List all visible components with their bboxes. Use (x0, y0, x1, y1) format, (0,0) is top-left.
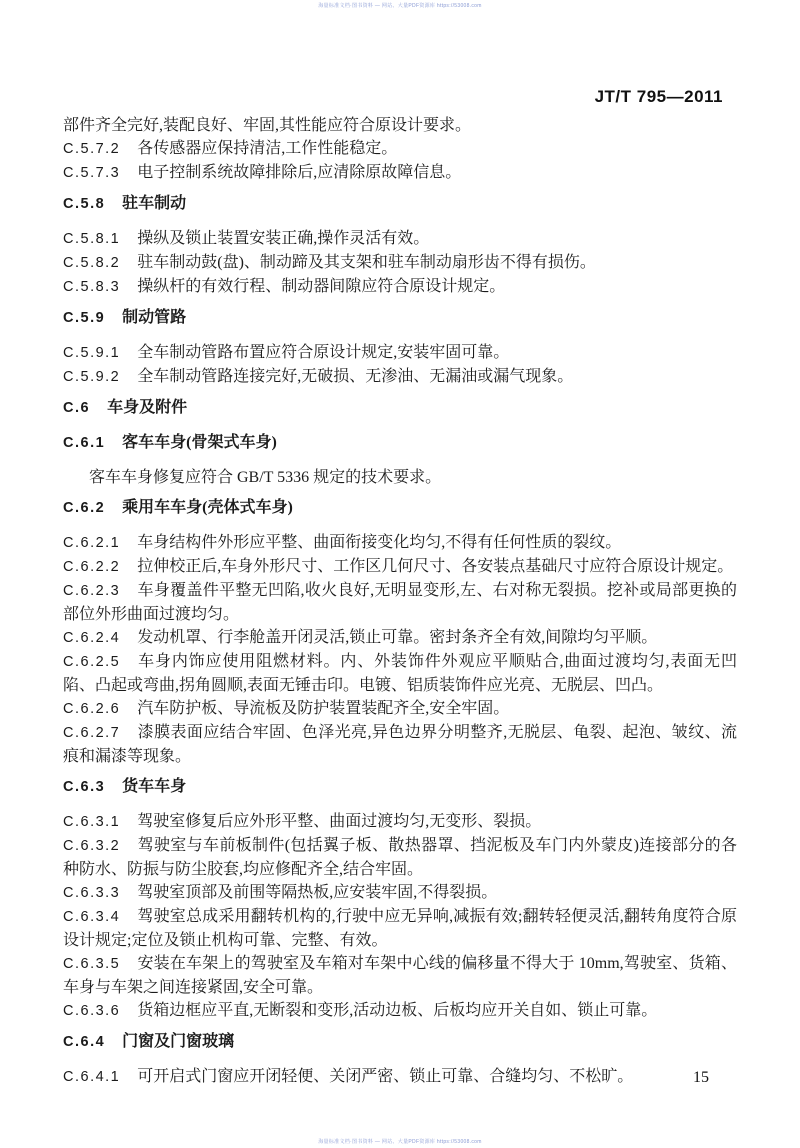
clause-text: 车身结构件外形应平整、曲面衔接变化均匀,不得有任何性质的裂纹。 (137, 534, 621, 551)
clause-number: C.6.3.3 (63, 885, 120, 901)
clause-number: C.6.2.6 (63, 701, 120, 717)
clause-heading: C.6车身及附件 (63, 396, 737, 420)
clause-number: C.6.2 (63, 500, 105, 516)
clause-number: C.6.3.2 (63, 838, 120, 854)
clause-paragraph: C.6.2.3车身覆盖件平整无凹陷,收火良好,无明显变形,左、右对称无裂损。挖补… (63, 579, 737, 626)
clause-number: C.6.3.4 (63, 909, 120, 925)
clause-text: 汽车防护板、导流板及防护装置装配齐全,安全牢固。 (137, 700, 509, 717)
clause-text: 漆膜表面应结合牢固、色泽光亮,异色边界分明整齐,无脱层、龟裂、起泡、皱纹、流痕和… (63, 724, 737, 765)
clause-text: 操纵及锁止装置安装正确,操作灵活有效。 (137, 230, 429, 247)
clause-paragraph: C.5.8.2驻车制动鼓(盘)、制动蹄及其支架和驻车制动扇形齿不得有损伤。 (63, 251, 737, 275)
clause-number: C.6.2.4 (63, 630, 120, 646)
clause-text: 电子控制系统故障排除后,应清除原故障信息。 (137, 164, 461, 181)
clause-heading: C.5.9制动管路 (63, 306, 737, 330)
clause-text: 部件齐全完好,装配良好、牢固,其性能应符合原设计要求。 (63, 117, 471, 134)
clause-number: C.6.2.1 (63, 535, 120, 551)
clause-number: C.5.8.3 (63, 279, 120, 295)
clause-text: 各传感器应保持清洁,工作性能稳定。 (137, 140, 397, 157)
clause-paragraph: C.5.7.2各传感器应保持清洁,工作性能稳定。 (63, 137, 737, 161)
clause-number: C.6.4.1 (63, 1069, 120, 1085)
clause-paragraph: C.5.8.1操纵及锁止装置安装正确,操作灵活有效。 (63, 227, 737, 251)
clause-paragraph: C.6.3.4驾驶室总成采用翻转机构的,行驶中应无异响,减振有效;翻转轻便灵活,… (63, 905, 737, 952)
watermark-top: 海量标准文档·图书资料 — 网站、大量PDF资源库 https://53008.… (0, 2, 800, 9)
clause-text: 客车车身修复应符合 GB/T 5336 规定的技术要求。 (89, 469, 441, 486)
clause-paragraph: C.5.8.3操纵杆的有效行程、制动器间隙应符合原设计规定。 (63, 275, 737, 299)
heading-text: 客车车身(骨架式车身) (122, 434, 277, 451)
clause-paragraph: C.6.2.4发动机罩、行李舱盖开闭灵活,锁止可靠。密封条齐全有效,间隙均匀平顺… (63, 626, 737, 650)
watermark-bottom: 海量标准文档·图书资料 — 网站、大量PDF资源库 https://53008.… (0, 1138, 800, 1145)
clause-text: 驻车制动鼓(盘)、制动蹄及其支架和驻车制动扇形齿不得有损伤。 (137, 254, 596, 271)
clause-number: C.5.9 (63, 310, 105, 326)
clause-number: C.6.3.5 (63, 956, 120, 972)
clause-number: C.6.3.1 (63, 814, 120, 830)
clause-paragraph: C.6.3.1驾驶室修复后应外形平整、曲面过渡均匀,无变形、裂损。 (63, 810, 737, 834)
clause-number: C.6.2.2 (63, 559, 120, 575)
heading-text: 车身及附件 (107, 399, 187, 416)
clause-paragraph: C.6.3.5安装在车架上的驾驶室及车箱对车架中心线的偏移量不得大于 10mm,… (63, 952, 737, 999)
clause-paragraph: C.6.2.6汽车防护板、导流板及防护装置装配齐全,安全牢固。 (63, 697, 737, 721)
clause-paragraph: C.5.9.2全车制动管路连接完好,无破损、无渗油、无漏油或漏气现象。 (63, 365, 737, 389)
clause-text: 货箱边框应平直,无断裂和变形,活动边板、后板均应开关自如、锁止可靠。 (137, 1002, 657, 1019)
clause-text: 车身覆盖件平整无凹陷,收火良好,无明显变形,左、右对称无裂损。挖补或局部更换的部… (63, 582, 737, 623)
clause-number: C.6.3 (63, 779, 105, 795)
heading-text: 驻车制动 (122, 195, 186, 212)
clause-number: C.5.7.2 (63, 141, 120, 157)
clause-text: 车身内饰应使用阻燃材料。内、外装饰件外观应平顺贴合,曲面过渡均匀,表面无凹陷、凸… (63, 653, 737, 694)
clause-text: 操纵杆的有效行程、制动器间隙应符合原设计规定。 (137, 278, 505, 295)
clause-paragraph: C.6.3.2驾驶室与车前板制件(包括翼子板、散热器罩、挡泥板及车门内外蒙皮)连… (63, 834, 737, 881)
clause-heading: C.6.2乘用车车身(壳体式车身) (63, 496, 737, 520)
clause-heading: C.5.8驻车制动 (63, 192, 737, 216)
clause-text: 拉伸校正后,车身外形尺寸、工作区几何尺寸、各安装点基础尺寸应符合原设计规定。 (137, 558, 733, 575)
clause-paragraph: C.6.2.1车身结构件外形应平整、曲面衔接变化均匀,不得有任何性质的裂纹。 (63, 531, 737, 555)
clause-text: 全车制动管路连接完好,无破损、无渗油、无漏油或漏气现象。 (137, 368, 573, 385)
clause-number: C.6.2.7 (63, 725, 120, 741)
clause-text: 驾驶室顶部及前围等隔热板,应安装牢固,不得裂损。 (137, 884, 497, 901)
clause-number: C.5.9.1 (63, 345, 120, 361)
clause-paragraph: C.6.2.7漆膜表面应结合牢固、色泽光亮,异色边界分明整齐,无脱层、龟裂、起泡… (63, 721, 737, 768)
document-page: 海量标准文档·图书资料 — 网站、大量PDF资源库 https://53008.… (0, 0, 800, 1148)
clause-number: C.5.9.2 (63, 369, 120, 385)
clause-number: C.5.8 (63, 196, 105, 212)
clause-number: C.5.7.3 (63, 165, 120, 181)
clause-heading: C.6.4门窗及门窗玻璃 (63, 1030, 737, 1054)
heading-text: 门窗及门窗玻璃 (122, 1033, 234, 1050)
clause-text: 驾驶室总成采用翻转机构的,行驶中应无异响,减振有效;翻转轻便灵活,翻转角度符合原… (63, 908, 737, 949)
clause-text: 发动机罩、行李舱盖开闭灵活,锁止可靠。密封条齐全有效,间隙均匀平顺。 (137, 629, 657, 646)
standard-number: JT/T 795—2011 (595, 87, 723, 107)
clause-paragraph: C.5.7.3电子控制系统故障排除后,应清除原故障信息。 (63, 161, 737, 185)
clause-paragraph: C.6.3.6货箱边框应平直,无断裂和变形,活动边板、后板均应开关自如、锁止可靠… (63, 999, 737, 1023)
heading-text: 制动管路 (122, 309, 186, 326)
heading-text: 货车车身 (122, 778, 186, 795)
clause-number: C.6.4 (63, 1034, 105, 1050)
clause-paragraph: C.5.9.1全车制动管路布置应符合原设计规定,安装牢固可靠。 (63, 341, 737, 365)
paragraph: 部件齐全完好,装配良好、牢固,其性能应符合原设计要求。 (63, 114, 737, 137)
clause-number: C.5.8.1 (63, 231, 120, 247)
clause-paragraph: C.6.2.2拉伸校正后,车身外形尺寸、工作区几何尺寸、各安装点基础尺寸应符合原… (63, 555, 737, 579)
clause-number: C.6.2.5 (63, 654, 120, 670)
clause-text: 驾驶室与车前板制件(包括翼子板、散热器罩、挡泥板及车门内外蒙皮)连接部分的各种防… (63, 837, 737, 878)
clause-number: C.6.3.6 (63, 1003, 120, 1019)
clause-number: C.5.8.2 (63, 255, 120, 271)
clause-heading: C.6.3货车车身 (63, 775, 737, 799)
clause-number: C.6.1 (63, 435, 105, 451)
clause-paragraph: C.6.2.5车身内饰应使用阻燃材料。内、外装饰件外观应平顺贴合,曲面过渡均匀,… (63, 650, 737, 697)
clause-paragraph: C.6.3.3驾驶室顶部及前围等隔热板,应安装牢固,不得裂损。 (63, 881, 737, 905)
clause-text: 驾驶室修复后应外形平整、曲面过渡均匀,无变形、裂损。 (137, 813, 541, 830)
heading-text: 乘用车车身(壳体式车身) (122, 499, 293, 516)
page-number: 15 (693, 1069, 709, 1087)
clause-text: 安装在车架上的驾驶室及车箱对车架中心线的偏移量不得大于 10mm,驾驶室、货箱、… (63, 955, 737, 996)
document-body: 部件齐全完好,装配良好、牢固,其性能应符合原设计要求。C.5.7.2各传感器应保… (63, 114, 737, 1089)
clause-heading: C.6.1客车车身(骨架式车身) (63, 431, 737, 455)
clause-text: 全车制动管路布置应符合原设计规定,安装牢固可靠。 (137, 344, 509, 361)
clause-text: 可开启式门窗应开闭轻便、关闭严密、锁止可靠、合缝均匀、不松旷。 (137, 1068, 633, 1085)
paragraph: 客车车身修复应符合 GB/T 5336 规定的技术要求。 (63, 466, 737, 489)
clause-paragraph: C.6.4.1可开启式门窗应开闭轻便、关闭严密、锁止可靠、合缝均匀、不松旷。 (63, 1065, 737, 1089)
clause-number: C.6.2.3 (63, 583, 120, 599)
clause-number: C.6 (63, 400, 90, 416)
